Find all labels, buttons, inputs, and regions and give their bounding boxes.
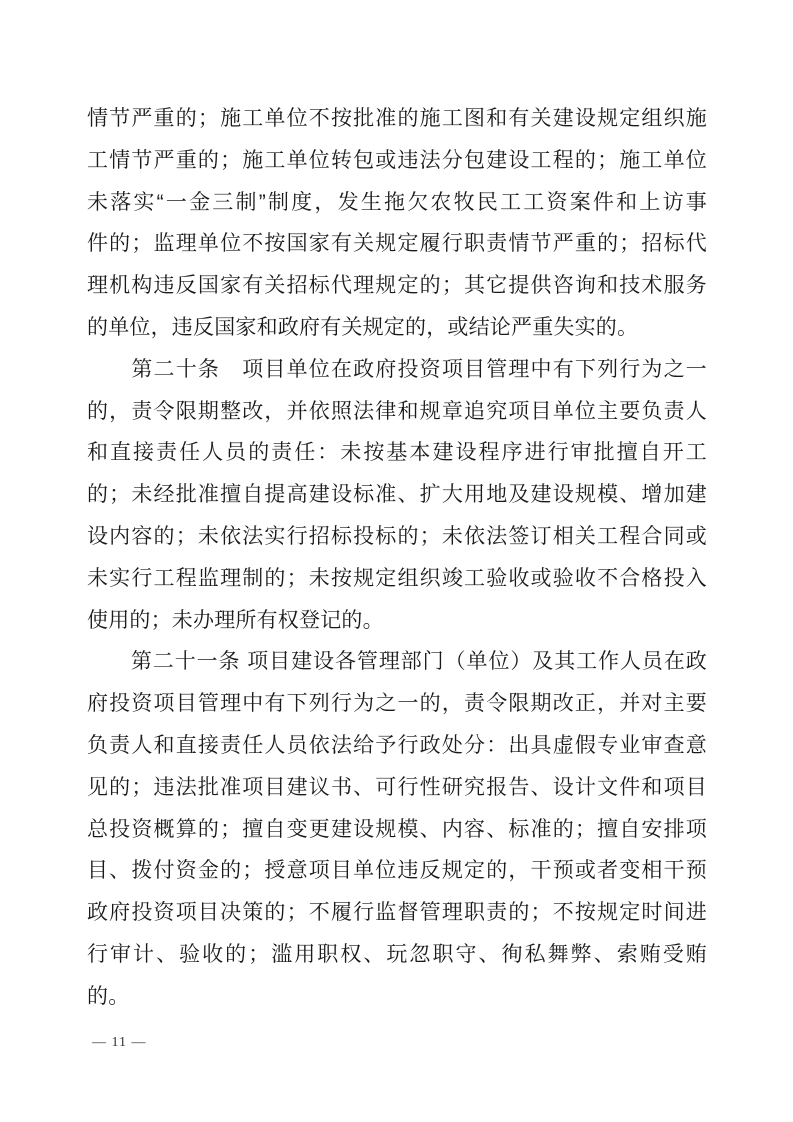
document-page: 情节严重的；施工单位不按批准的施工图和有关建设规定组织施工情节严重的；施工单位转… [0,0,793,1122]
text-line: 使用的；未办理所有权登记的。 [87,600,707,642]
page-footer: — 11 — [92,1033,146,1051]
text-line: 的；未经批准擅自提高建设标准、扩大用地及建设规模、增加建 [87,474,707,516]
text-line: 府投资项目管理中有下列行为之一的，责令限期改正，并对主要 [87,683,707,725]
text-line: 第二十一条 项目建设各管理部门（单位）及其工作人员在政 [87,641,707,683]
text-line: 件的；监理单位不按国家有关规定履行职责情节严重的；招标代 [87,223,707,265]
paragraph-article-21: 第二十一条 项目建设各管理部门（单位）及其工作人员在政府投资项目管理中有下列行为… [87,641,707,1017]
paragraph-continuation-paragraph: 情节严重的；施工单位不按批准的施工图和有关建设规定组织施工情节严重的；施工单位转… [87,98,707,349]
text-line: 未落实“一金三制”制度，发生拖欠农牧民工工资案件和上访事 [87,182,707,224]
text-line: 目、拨付资金的；授意项目单位违反规定的，干预或者变相干预 [87,850,707,892]
document-body: 情节严重的；施工单位不按批准的施工图和有关建设规定组织施工情节严重的；施工单位转… [87,98,707,1018]
text-line: 未实行工程监理制的；未按规定组织竣工验收或验收不合格投入 [87,558,707,600]
text-line: 设内容的；未依法实行招标投标的；未依法签订相关工程合同或 [87,516,707,558]
text-line: 行审计、验收的；滥用职权、玩忽职守、徇私舞弊、索贿受贿 [87,934,707,976]
text-line: 第二十条 项目单位在政府投资项目管理中有下列行为之一 [87,349,707,391]
text-line: 的。 [87,976,707,1018]
text-line: 工情节严重的；施工单位转包或违法分包建设工程的；施工单位 [87,140,707,182]
text-line: 的，责令限期整改，并依照法律和规章追究项目单位主要负责人 [87,391,707,433]
text-line: 情节严重的；施工单位不按批准的施工图和有关建设规定组织施 [87,98,707,140]
text-line: 理机构违反国家有关招标代理规定的；其它提供咨询和技术服务 [87,265,707,307]
page-number: — 11 — [92,1035,146,1050]
text-line: 和直接责任人员的责任：未按基本建设程序进行审批擅自开工 [87,432,707,474]
text-line: 的单位，违反国家和政府有关规定的，或结论严重失实的。 [87,307,707,349]
text-line: 见的；违法批准项目建议书、可行性研究报告、设计文件和项目 [87,767,707,809]
paragraph-article-20: 第二十条 项目单位在政府投资项目管理中有下列行为之一的，责令限期整改，并依照法律… [87,349,707,642]
text-line: 政府投资项目决策的；不履行监督管理职责的；不按规定时间进 [87,892,707,934]
text-line: 总投资概算的；擅自变更建设规模、内容、标准的；擅自安排项 [87,809,707,851]
text-line: 负责人和直接责任人员依法给予行政处分：出具虚假专业审查意 [87,725,707,767]
